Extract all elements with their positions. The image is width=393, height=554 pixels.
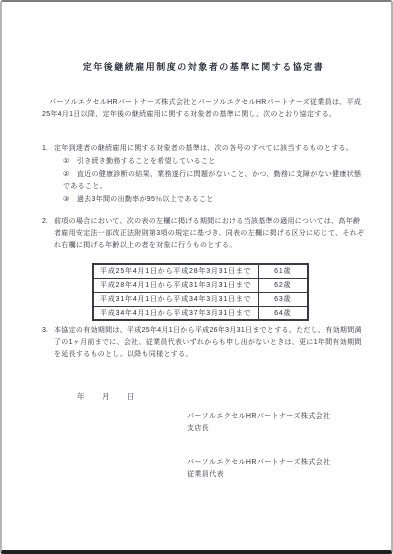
age-cell: 64歳 xyxy=(258,306,308,320)
signature-block-company: パーソルエクセルHRパートナーズ株式会社 支店長 xyxy=(187,411,365,435)
document-frame: 定年後継続雇用制度の対象者の基準に関する協定書 パーソルエクセルHRパートナーズ… xyxy=(0,0,393,554)
age-cell: 61歳 xyxy=(258,264,308,278)
clause-3-number: 3. xyxy=(42,325,54,337)
table-row: 平成31年4月1日から平成34年3月31日まで 63歳 xyxy=(93,292,308,306)
period-cell: 平成28年4月1日から平成31年3月31日まで xyxy=(93,278,258,292)
clause-1-number: 1. xyxy=(42,143,54,155)
table-row: 平成34年4月1日から平成37年3月31日まで 64歳 xyxy=(93,306,308,320)
document-page: 定年後継続雇用制度の対象者の基準に関する協定書 パーソルエクセルHRパートナーズ… xyxy=(2,2,391,550)
clause-1-items: ① 引き続き勤務することを希望していること ② 直近の健康診断の結果、業務遂行に… xyxy=(54,156,365,206)
clause-1: 1. 定年到達者の継続雇用に関する対象者の基準は、次の各号のすべてに該当するもの… xyxy=(42,143,365,206)
period-cell: 平成25年4月1日から平成28年3月31日まで xyxy=(93,264,258,278)
signature-block-employee-rep: パーソルエクセルHRパートナーズ株式会社 従業員代表 xyxy=(187,457,365,481)
clause-1-item-3: ③ 過去3年間の出勤率が95％以上であること xyxy=(63,194,365,207)
signature-company-name: パーソルエクセルHRパートナーズ株式会社 xyxy=(187,411,365,423)
clause-1-item-1: ① 引き続き勤務することを希望していること xyxy=(63,156,365,169)
signature-company-name: パーソルエクセルHRパートナーズ株式会社 xyxy=(187,457,365,469)
clause-3-body: 本協定の有効期間は、平成25年4月1日から平成26年3月31日までとする。ただし… xyxy=(54,325,365,361)
clause-1-item-2: ② 直近の健康診断の結果、業務遂行に問題がないこと、かつ、勤務に支障がない健康状… xyxy=(63,169,365,194)
signature-role: 支店長 xyxy=(187,423,365,435)
clause-2-body: 前項の場合において、次の表の左欄に掲げる期間における当該基準の適用については、高… xyxy=(54,216,365,252)
period-cell: 平成34年4月1日から平成37年3月31日まで xyxy=(93,306,258,320)
clause-1-text: 定年到達者の継続雇用に関する対象者の基準は、次の各号のすべてに該当するものとする… xyxy=(54,143,365,155)
table-row: 平成25年4月1日から平成28年3月31日まで 61歳 xyxy=(93,264,308,278)
age-cell: 62歳 xyxy=(258,278,308,292)
signature-role: 従業員代表 xyxy=(187,469,365,481)
age-criteria-table: 平成25年4月1日から平成28年3月31日まで 61歳 平成28年4月1日から平… xyxy=(92,263,309,321)
clause-2: 2. 前項の場合において、次の表の左欄に掲げる期間における当該基準の適用について… xyxy=(42,216,365,252)
age-cell: 63歳 xyxy=(258,292,308,306)
clause-3: 3. 本協定の有効期間は、平成25年4月1日から平成26年3月31日までとする。… xyxy=(42,325,365,361)
intro-paragraph: パーソルエクセルHRパートナーズ株式会社とパーソルエクセルHRパートナーズ従業員… xyxy=(42,97,365,121)
date-line: 年 月 日 xyxy=(77,391,365,402)
table-row: 平成28年4月1日から平成31年3月31日まで 62歳 xyxy=(93,278,308,292)
clause-2-number: 2. xyxy=(42,216,54,228)
document-title: 定年後継続雇用制度の対象者の基準に関する協定書 xyxy=(42,60,365,73)
clause-3-text: 本協定の有効期間は、平成25年4月1日から平成26年3月31日までとする。ただし… xyxy=(54,325,365,361)
period-cell: 平成31年4月1日から平成34年3月31日まで xyxy=(93,292,258,306)
clause-1-body: 定年到達者の継続雇用に関する対象者の基準は、次の各号のすべてに該当するものとする… xyxy=(54,143,365,206)
clause-2-text: 前項の場合において、次の表の左欄に掲げる期間における当該基準の適用については、高… xyxy=(54,216,365,252)
